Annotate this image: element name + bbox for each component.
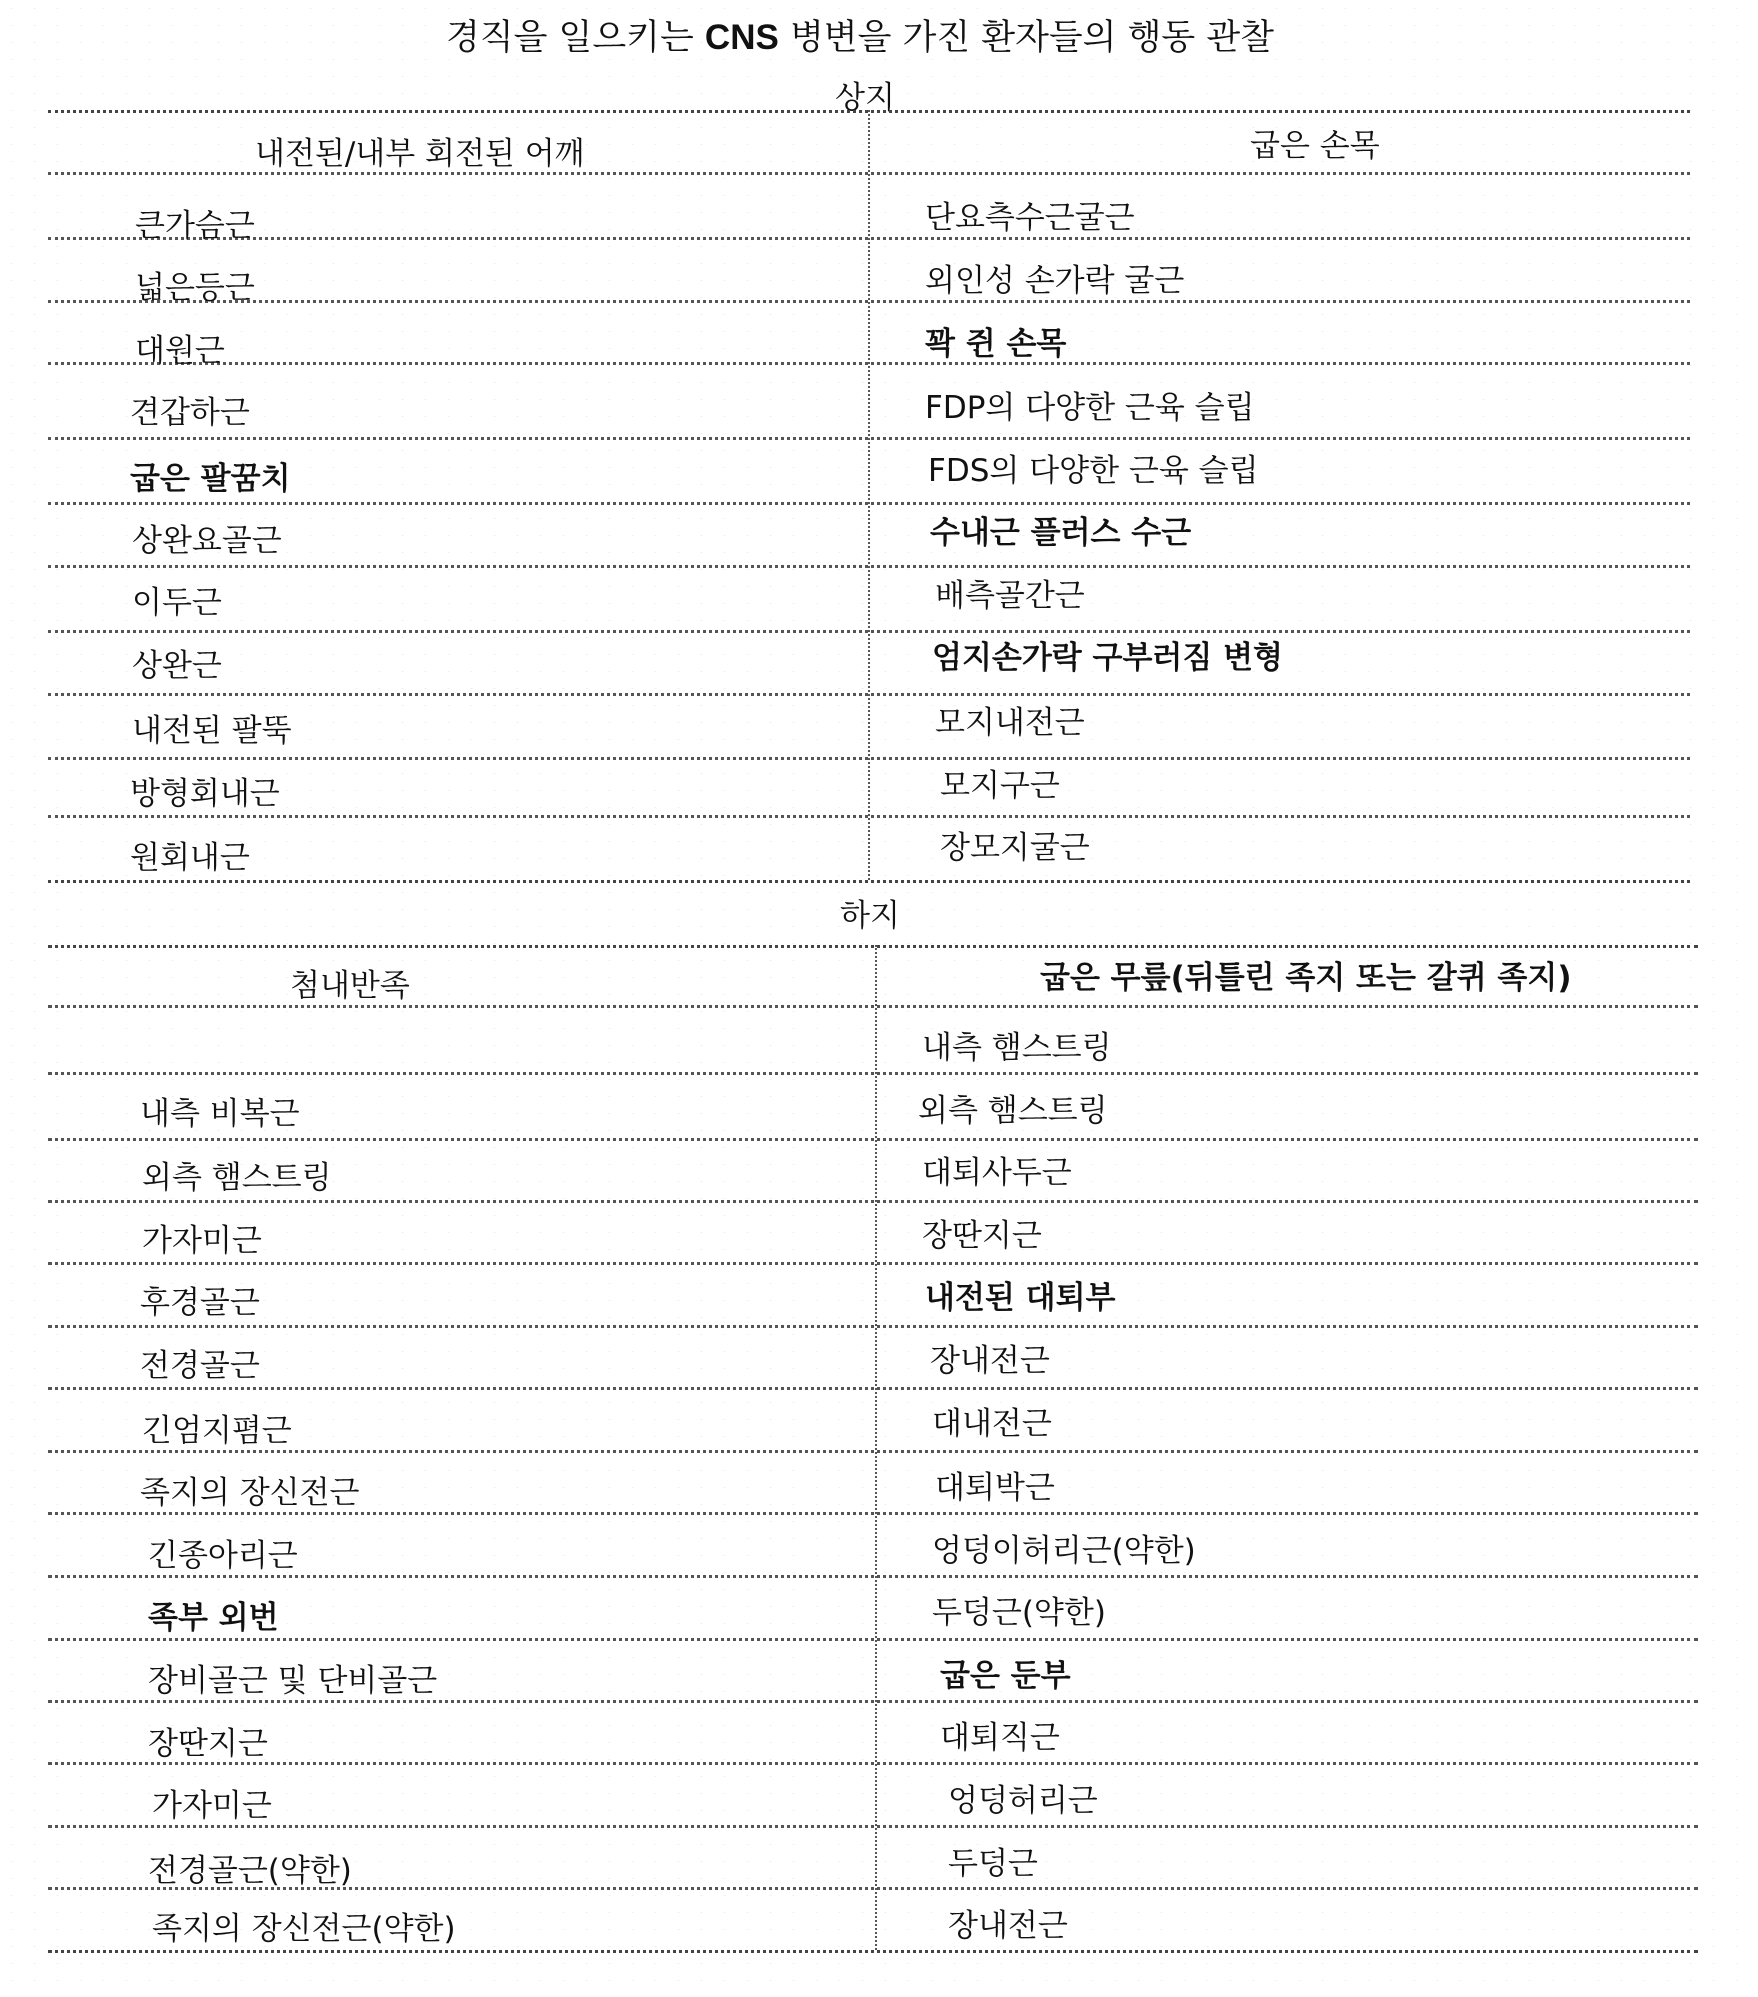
list-item: 가자미근	[142, 1215, 262, 1260]
divider	[48, 1072, 1698, 1075]
page-title: 경직을 일으키는 CNS 병변을 가진 환자들의 행동 관찰	[0, 10, 1720, 60]
list-item: 장딴지근	[148, 1718, 268, 1763]
list-item: 원회내근	[130, 832, 250, 877]
list-item: 엉덩이허리근(약한)	[932, 1525, 1196, 1570]
list-item: 장딴지근	[922, 1210, 1042, 1255]
list-item: 전경골근(약한)	[148, 1845, 352, 1890]
section-label-lower-limb: 하지	[690, 890, 1050, 935]
list-item: 외측 햄스트링	[918, 1085, 1108, 1130]
list-item: 대퇴직근	[940, 1712, 1060, 1757]
list-item: 족지의 장신전근(약한)	[152, 1903, 456, 1948]
list-item: 견갑하근	[130, 387, 250, 432]
list-item: 굽은 둔부	[940, 1650, 1071, 1695]
list-item: 대원근	[135, 325, 225, 370]
list-item: 내전된 대퇴부	[925, 1272, 1115, 1317]
list-item: 꽉 쥔 손목	[925, 318, 1066, 363]
list-item: 대퇴박근	[935, 1462, 1055, 1507]
list-item: 넓은등근	[135, 262, 255, 307]
list-item: 이두근	[132, 577, 222, 622]
list-item: 큰가슴근	[135, 200, 255, 245]
column-divider	[868, 110, 870, 880]
list-item: 수내근 플러스 수근	[930, 507, 1191, 552]
list-item: 내측 햄스트링	[922, 1022, 1112, 1067]
divider	[48, 1138, 1698, 1141]
list-item: 상완근	[132, 640, 222, 685]
list-item: 족부 외번	[148, 1592, 279, 1637]
list-item: 대내전근	[932, 1398, 1052, 1443]
list-item: 모지내전근	[935, 697, 1085, 742]
list-item: 두덩근	[948, 1838, 1038, 1883]
divider	[48, 1325, 1698, 1328]
divider	[48, 1762, 1698, 1765]
list-item: 내측 비복근	[140, 1088, 300, 1133]
divider	[48, 1200, 1698, 1203]
divider	[48, 1262, 1698, 1265]
divider	[48, 1575, 1698, 1578]
divider	[48, 1512, 1698, 1515]
divider	[48, 1387, 1698, 1390]
list-item: 외측 햄스트링	[142, 1152, 332, 1197]
column-header-shoulder: 내전된/내부 회전된 어깨	[255, 128, 585, 173]
list-item: 긴종아리근	[148, 1530, 298, 1575]
column-header-equinovarus: 첨내반족	[290, 960, 410, 1005]
list-item: 장내전근	[948, 1900, 1068, 1945]
list-item: 후경골근	[140, 1277, 260, 1322]
list-item: 긴엄지폄근	[142, 1405, 292, 1450]
list-item: FDP의 다양한 근육 슬립	[925, 382, 1255, 427]
column-header-wrist: 굽은 손목	[1250, 120, 1380, 165]
list-item: 내전된 팔뚝	[132, 705, 292, 750]
list-item: 가자미근	[152, 1780, 272, 1825]
list-item: 모지구근	[940, 760, 1060, 805]
list-item: 대퇴사두근	[922, 1147, 1072, 1192]
list-item: 족지의 장신전근	[140, 1467, 359, 1512]
divider	[48, 1450, 1698, 1453]
column-header-bent-knee: 굽은 무릎(뒤틀린 족지 또는 갈퀴 족지)	[1040, 952, 1572, 997]
column-divider	[875, 945, 877, 1950]
list-item: 장비골근 및 단비골근	[148, 1655, 437, 1700]
list-item: 장내전근	[930, 1335, 1050, 1380]
divider	[48, 1700, 1698, 1703]
divider	[48, 1950, 1698, 1953]
divider	[48, 1005, 1698, 1008]
list-item: 엉덩허리근	[948, 1775, 1098, 1820]
list-item: 장모지굴근	[940, 822, 1090, 867]
list-item: 외인성 손가락 굴근	[925, 255, 1184, 300]
list-item: FDS의 다양한 근육 슬립	[928, 445, 1259, 490]
list-item: 배측골간근	[935, 570, 1085, 615]
list-item: 단요측수근굴근	[925, 192, 1135, 237]
list-item: 엄지손가락 구부러짐 변형	[932, 632, 1283, 677]
list-item: 상완요골근	[132, 515, 282, 560]
list-item: 굽은 팔꿈치	[130, 453, 291, 498]
divider	[48, 1638, 1698, 1641]
divider	[48, 880, 1690, 883]
divider	[48, 1825, 1698, 1828]
divider	[48, 945, 1698, 948]
list-item: 두덩근(약한)	[932, 1587, 1106, 1632]
list-item: 방형회내근	[130, 768, 280, 813]
list-item: 전경골근	[140, 1340, 260, 1385]
